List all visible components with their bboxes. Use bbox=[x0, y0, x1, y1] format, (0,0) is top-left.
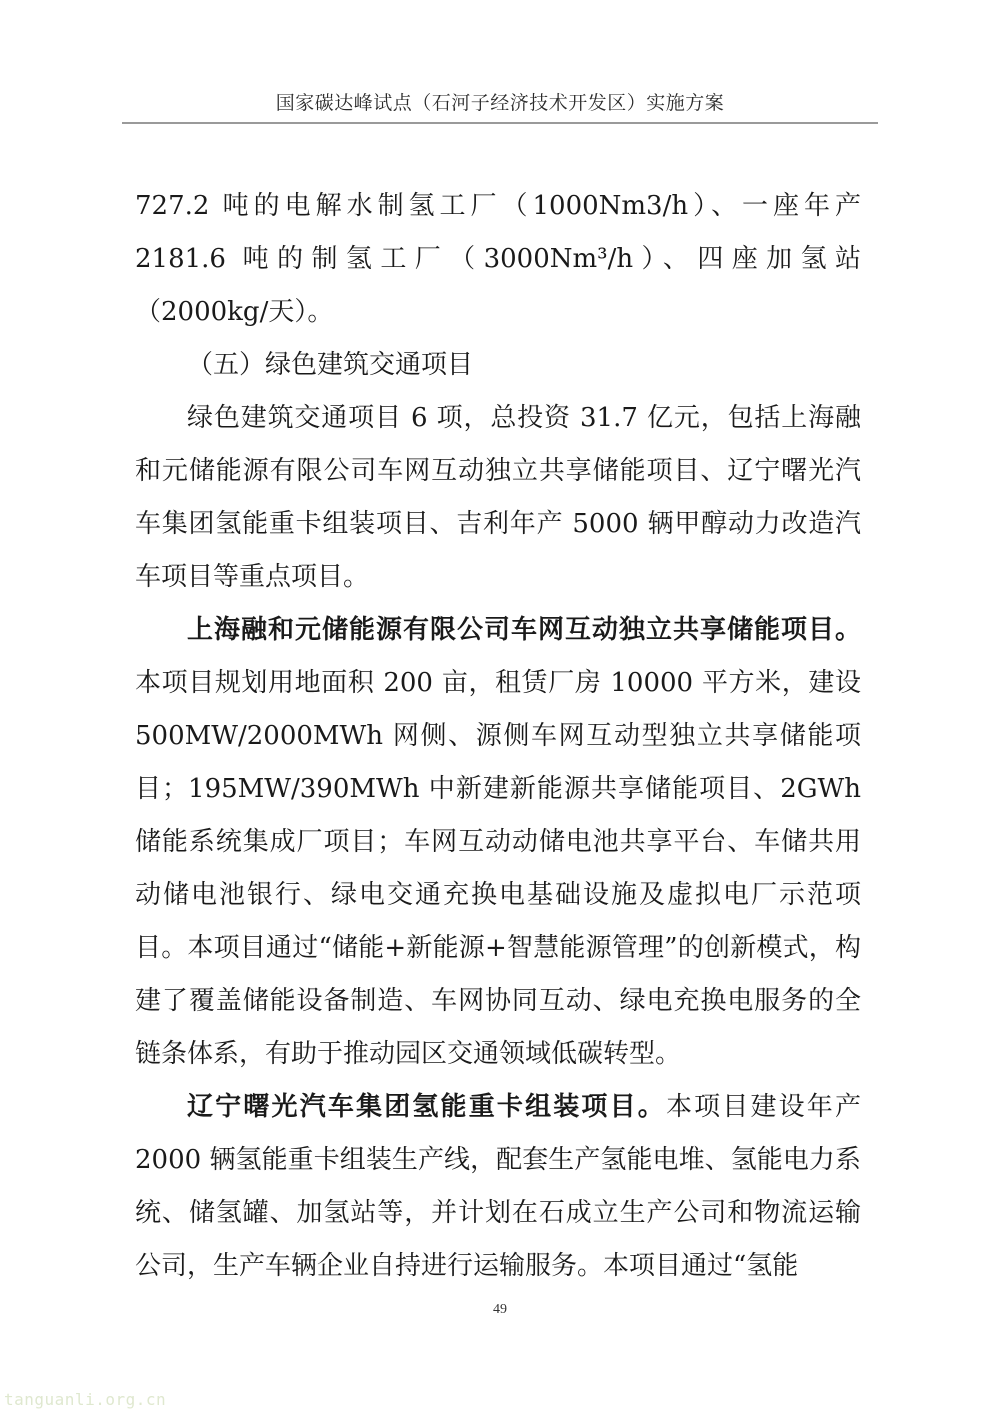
project-title-shanghai: 上海融和元储能源有限公司车网互动独立共享储能项目。 bbox=[187, 615, 861, 645]
project-title-liaoning: 辽宁曙光汽车集团氢能重卡组装项目。 bbox=[187, 1092, 666, 1122]
running-header: 国家碳达峰试点（石河子经济技术开发区）实施方案 bbox=[122, 88, 878, 115]
paragraph-shanghai-storage-project: 上海融和元储能源有限公司车网互动独立共享储能项目。本项目规划用地面积 200 亩… bbox=[135, 604, 861, 1081]
watermark: tanguanli.org.cn bbox=[4, 1390, 166, 1409]
header-divider bbox=[122, 122, 878, 124]
section-heading: （五）绿色建筑交通项目 bbox=[135, 339, 861, 392]
document-body: 727.2 吨的电解水制氢工厂（1000Nm3/h）、一座年产 2181.6 吨… bbox=[135, 180, 861, 1293]
project-description-shanghai: 本项目规划用地面积 200 亩，租赁厂房 10000 平方米，建设 500MW/… bbox=[135, 668, 861, 1069]
page-number: 49 bbox=[0, 1302, 1000, 1318]
paragraph-green-projects-summary: 绿色建筑交通项目 6 项，总投资 31.7 亿元，包括上海融和元储能源有限公司车… bbox=[135, 392, 861, 604]
paragraph-liaoning-hydrogen-project: 辽宁曙光汽车集团氢能重卡组装项目。本项目建设年产 2000 辆氢能重卡组装生产线… bbox=[135, 1081, 861, 1293]
paragraph-hydrogen-plants: 727.2 吨的电解水制氢工厂（1000Nm3/h）、一座年产 2181.6 吨… bbox=[135, 180, 861, 339]
